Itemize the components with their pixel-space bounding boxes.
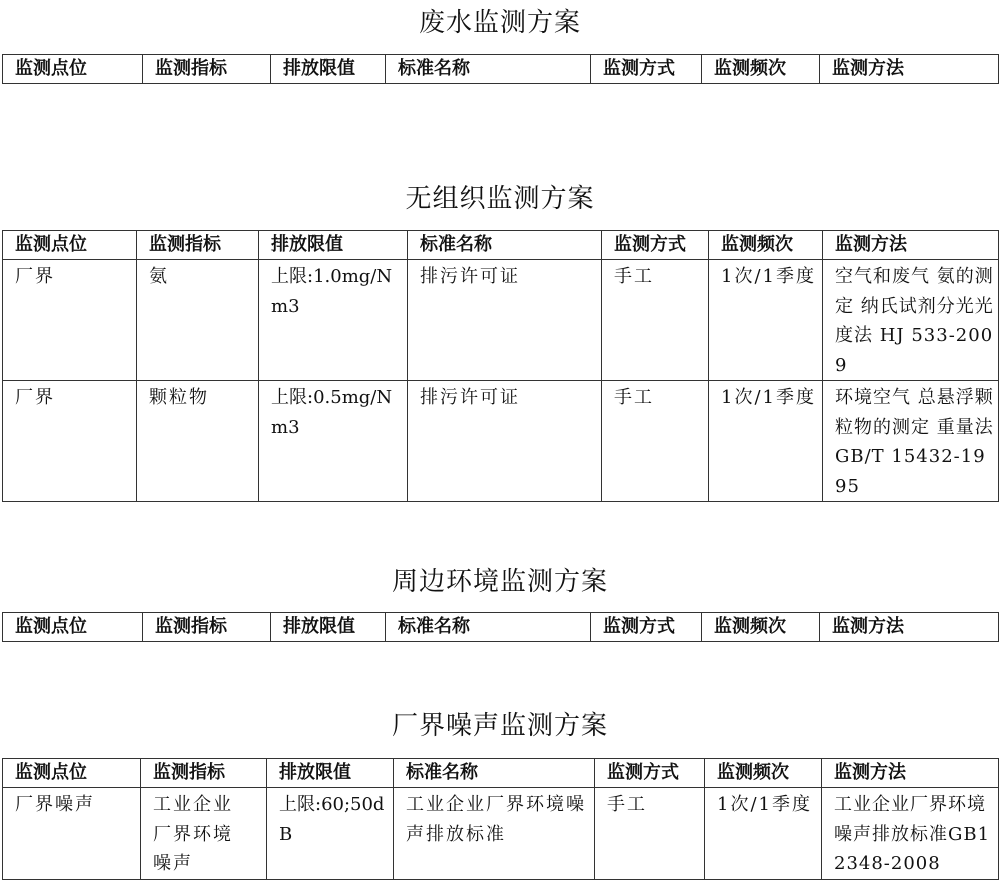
noise-table: 监测点位 监测指标 排放限值 标准名称 监测方式 监测频次 监测方法 厂界噪声 … [2,758,999,880]
header-method: 监测方法 [820,613,999,642]
cell-limit: 上限:0.5mg/Nm3 [259,381,408,502]
header-indicator: 监测指标 [143,55,271,84]
cell-frequency: 1次/1季度 [709,260,823,381]
header-frequency: 监测频次 [702,55,820,84]
cell-indicator: 颗粒物 [137,381,259,502]
table-row: 厂界 颗粒物 上限:0.5mg/Nm3 排污许可证 手工 1次/1季度 环境空气… [3,381,999,502]
header-limit: 排放限值 [271,613,386,642]
table-row: 厂界 氨 上限:1.0mg/Nm3 排污许可证 手工 1次/1季度 空气和废气 … [3,260,999,381]
header-frequency: 监测频次 [705,759,822,788]
header-location: 监测点位 [3,613,143,642]
header-standard: 标准名称 [386,55,591,84]
table-row: 厂界噪声 工业企业厂界环境噪声 上限:60;50dB 工业企业厂界环境噪声排放标… [3,788,999,880]
header-indicator: 监测指标 [137,231,259,260]
cell-method: 环境空气 总悬浮颗粒物的测定 重量法 GB/T 15432-1995 [823,381,999,502]
header-mode: 监测方式 [602,231,709,260]
header-frequency: 监测频次 [702,613,820,642]
cell-location: 厂界噪声 [3,788,141,880]
cell-method: 工业企业厂界环境噪声排放标准GB12348-2008 [822,788,999,880]
noise-section-title: 厂界噪声监测方案 [0,705,1000,742]
cell-limit: 上限:60;50dB [267,788,394,880]
header-mode: 监测方式 [591,55,702,84]
cell-mode: 手工 [602,260,709,381]
cell-standard: 排污许可证 [408,381,602,502]
header-limit: 排放限值 [267,759,394,788]
header-mode: 监测方式 [591,613,702,642]
wastewater-table: 监测点位 监测指标 排放限值 标准名称 监测方式 监测频次 监测方法 [2,54,999,84]
header-location: 监测点位 [3,759,141,788]
cell-standard: 工业企业厂界环境噪声排放标准 [394,788,595,880]
surrounding-section-title: 周边环境监测方案 [0,561,1000,598]
cell-frequency: 1次/1季度 [709,381,823,502]
cell-standard: 排污许可证 [408,260,602,381]
header-limit: 排放限值 [271,55,386,84]
header-method: 监测方法 [820,55,999,84]
header-standard: 标准名称 [408,231,602,260]
cell-frequency: 1次/1季度 [705,788,822,880]
fugitive-table: 监测点位 监测指标 排放限值 标准名称 监测方式 监测频次 监测方法 厂界 氨 … [2,230,999,502]
cell-mode: 手工 [602,381,709,502]
header-method: 监测方法 [822,759,999,788]
table-header-row: 监测点位 监测指标 排放限值 标准名称 监测方式 监测频次 监测方法 [3,613,999,642]
header-standard: 标准名称 [386,613,591,642]
table-header-row: 监测点位 监测指标 排放限值 标准名称 监测方式 监测频次 监测方法 [3,231,999,260]
header-indicator: 监测指标 [141,759,267,788]
cell-location: 厂界 [3,260,137,381]
cell-method: 空气和废气 氨的测定 纳氏试剂分光光度法 HJ 533-2009 [823,260,999,381]
table-header-row: 监测点位 监测指标 排放限值 标准名称 监测方式 监测频次 监测方法 [3,759,999,788]
table-header-row: 监测点位 监测指标 排放限值 标准名称 监测方式 监测频次 监测方法 [3,55,999,84]
header-indicator: 监测指标 [143,613,271,642]
header-location: 监测点位 [3,231,137,260]
header-location: 监测点位 [3,55,143,84]
fugitive-section-title: 无组织监测方案 [0,178,1000,215]
cell-indicator: 氨 [137,260,259,381]
cell-indicator: 工业企业厂界环境噪声 [141,788,267,880]
cell-mode: 手工 [595,788,705,880]
surrounding-table: 监测点位 监测指标 排放限值 标准名称 监测方式 监测频次 监测方法 [2,612,999,642]
header-limit: 排放限值 [259,231,408,260]
header-standard: 标准名称 [394,759,595,788]
header-frequency: 监测频次 [709,231,823,260]
cell-location: 厂界 [3,381,137,502]
wastewater-section-title: 废水监测方案 [0,2,1000,39]
header-method: 监测方法 [823,231,999,260]
header-mode: 监测方式 [595,759,705,788]
cell-limit: 上限:1.0mg/Nm3 [259,260,408,381]
